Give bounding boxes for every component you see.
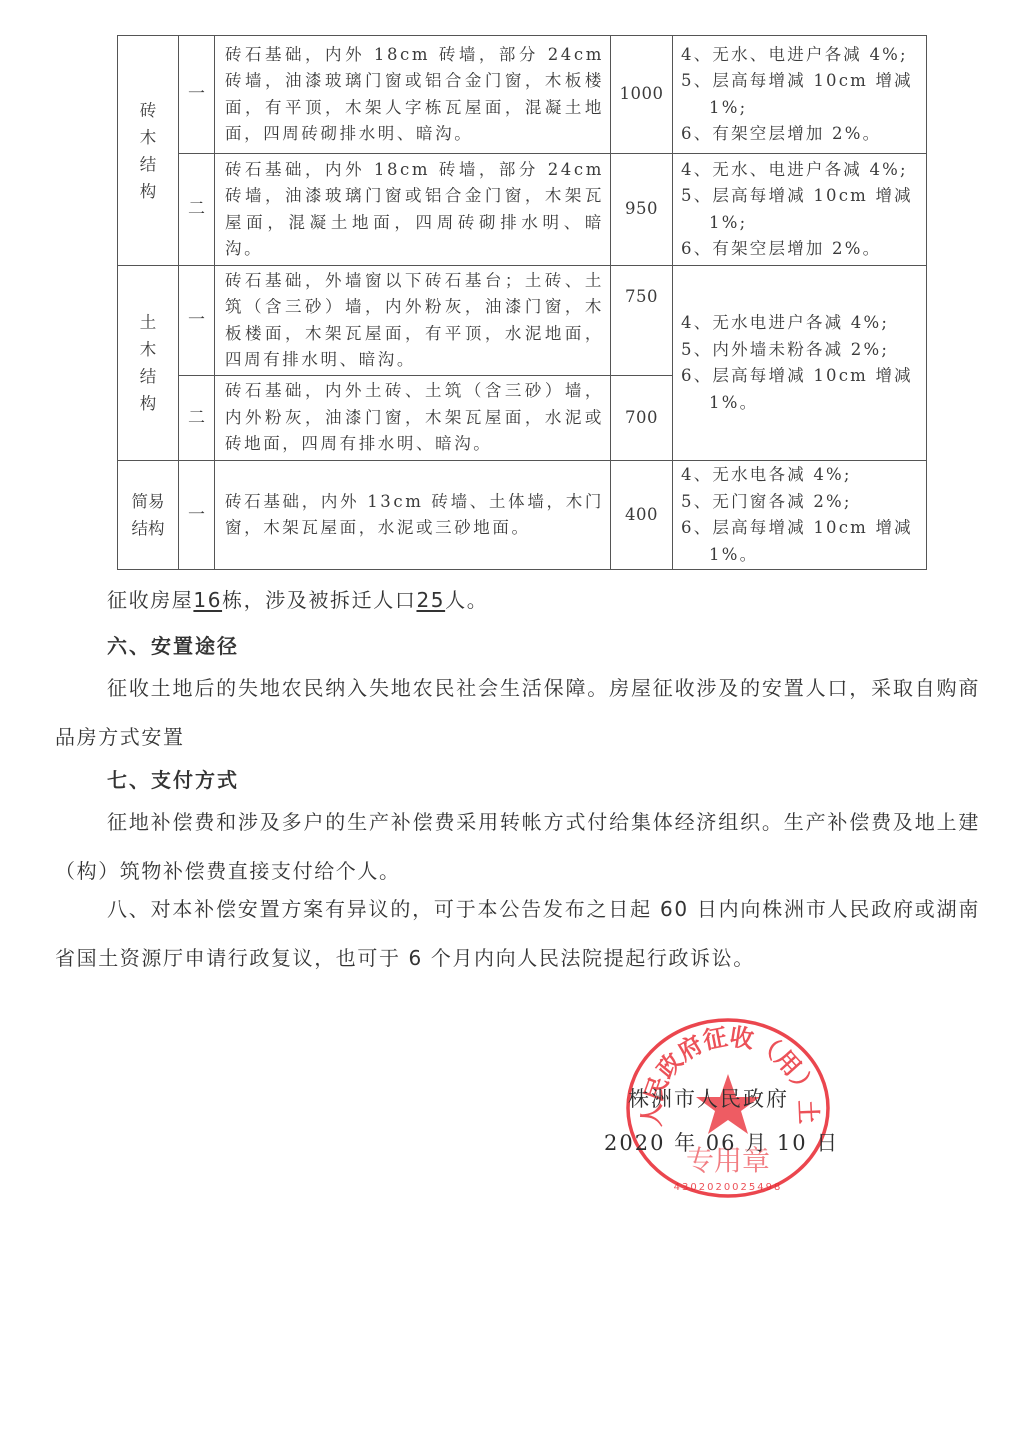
section-6-body: 征收土地后的失地农民纳入失地农民社会生活保障。房屋征收涉及的安置人口，采取自购商… [55,664,980,762]
grade: 一 [179,461,215,570]
section-7-body: 征地补偿费和涉及多户的生产补偿费采用转帐方式付给集体经济组织。生产补偿费及地上建… [55,798,980,896]
people-count: 25 [416,588,445,612]
section-6-heading: 六、安置途径 [107,630,239,659]
section-8-body: 八、对本补偿安置方案有异议的，可于本公告发布之日起 60 日内向株洲市人民政府或… [55,885,980,983]
summary-line: 征收房屋16栋，涉及被拆迁人口25人。 [107,584,488,613]
adjustment-notes: 4、无水、电进户各减 4%; 5、层高每增减 10cm 增减 1%; 6、有架空… [673,36,927,154]
description: 砖石基础，外墙窗以下砖石基台；土砖、土筑（含三砂）墙，内外粉灰，油漆门窗，木板楼… [215,266,611,376]
house-compensation-table: 砖 木 结 构 一 砖石基础，内外 18cm 砖墙，部分 24cm 砖墙，油漆玻… [117,35,926,570]
table-row: 砖 木 结 构 一 砖石基础，内外 18cm 砖墙，部分 24cm 砖墙，油漆玻… [118,36,927,154]
adjustment-notes-shared: 4、无水电进户各减 4%; 5、内外墙未粉各减 2%; 6、层高每增减 10cm… [673,266,927,461]
house-count: 16 [193,588,222,612]
table-row: 简易 结构 一 砖石基础，内外 13cm 砖墙、土体墙，木门窗，木架瓦屋面，水泥… [118,461,927,570]
price: 950 [611,154,673,266]
description: 砖石基础，内外 13cm 砖墙、土体墙，木门窗，木架瓦屋面，水泥或三砂地面。 [215,461,611,570]
price: 700 [611,376,673,461]
seal-serial: 4302020025498 [674,1182,783,1193]
price: 1000 [611,36,673,154]
grade: 二 [179,154,215,266]
section-7-heading: 七、支付方式 [107,764,239,793]
category-simple: 简易 结构 [118,461,179,570]
table-row: 土 木 结 构 一 砖石基础，外墙窗以下砖石基台；土砖、土筑（含三砂）墙，内外粉… [118,266,927,376]
grade: 二 [179,376,215,461]
grade: 一 [179,266,215,376]
description: 砖石基础，内外 18cm 砖墙，部分 24cm 砖墙，油漆玻璃门窗或铝合金门窗，… [215,36,611,154]
grade: 一 [179,36,215,154]
adjustment-notes: 4、无水电各减 4%; 5、无门窗各减 2%; 6、层高每增减 10cm 增减 … [673,461,927,570]
category-earth-wood: 土 木 结 构 [118,266,179,461]
issue-date: 2020 年 06 月 10 日 [604,1127,839,1157]
category-brick-wood: 砖 木 结 构 [118,36,179,266]
description: 砖石基础，内外 18cm 砖墙，部分 24cm 砖墙，油漆玻璃门窗或铝合金门窗，… [215,154,611,266]
adjustment-notes: 4、无水、电进户各减 4%; 5、层高每增减 10cm 增减 1%; 6、有架空… [673,154,927,266]
price: 750 [611,266,673,376]
description: 砖石基础，内外土砖、土筑（含三砂）墙，内外粉灰，油漆门窗，木架瓦屋面，水泥或砖地… [215,376,611,461]
price: 400 [611,461,673,570]
issuing-organization: 株洲市人民政府 [628,1083,789,1113]
table-row: 二 砖石基础，内外 18cm 砖墙，部分 24cm 砖墙，油漆玻璃门窗或铝合金门… [118,154,927,266]
